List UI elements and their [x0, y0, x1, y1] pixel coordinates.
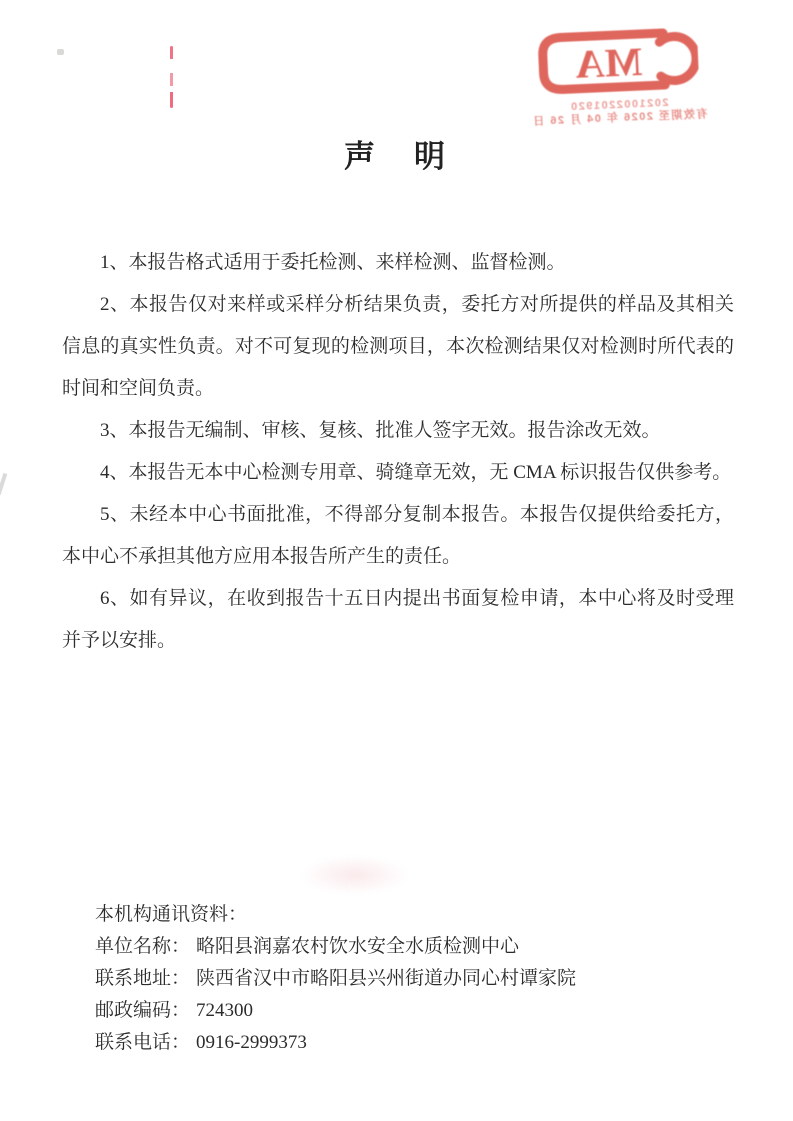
statements-section: 1、本报告格式适用于委托检测、来样检测、监督检测。 2、本报告仅对来样或采样分析… [62, 242, 734, 662]
contact-value: 陕西省汉中市略阳县兴州街道办同心村谭家院 [196, 968, 576, 989]
contact-value: 0916-2999373 [196, 1032, 307, 1053]
red-ink-mark [170, 46, 173, 108]
statement-paragraph-6: 6、如有异议，在收到报告十五日内提出书面复检申请，本中心将及时受理并予以安排。 [62, 578, 734, 662]
ink-bleed-smudge [300, 855, 410, 895]
cma-stamp: MA 2021002201920 有效期至 2026 年 04 月 26 日 [510, 17, 727, 144]
contact-section: 本机构通讯资料： 单位名称：略阳县润嘉农村饮水安全水质检测中心 联系地址：陕西省… [95, 899, 655, 1059]
statement-paragraph-2: 2、本报告仅对来样或采样分析结果负责，委托方对所提供的样品及其相关信息的真实性负… [62, 284, 734, 410]
cma-logo-icon: MA [535, 25, 700, 103]
contact-label: 联系电话： [95, 1032, 190, 1053]
contact-value: 略阳县润嘉农村饮水安全水质检测中心 [196, 936, 519, 957]
contact-heading: 本机构通讯资料： [95, 899, 655, 931]
contact-line-unit: 单位名称：略阳县润嘉农村饮水安全水质检测中心 [95, 931, 655, 963]
contact-line-address: 联系地址：陕西省汉中市略阳县兴州街道办同心村谭家院 [95, 963, 655, 995]
page-title: 声 明 [0, 131, 793, 176]
contact-line-phone: 联系电话：0916-2999373 [95, 1027, 655, 1059]
statement-paragraph-3: 3、本报告无编制、审核、复核、批准人签字无效。报告涂改无效。 [62, 410, 734, 452]
statement-paragraph-5: 5、未经本中心书面批准，不得部分复制本报告。本报告仅提供给委托方，本中心不承担其… [62, 494, 734, 578]
contact-label: 联系地址： [95, 968, 190, 989]
contact-value: 724300 [196, 1000, 253, 1021]
contact-line-postcode: 邮政编码：724300 [95, 995, 655, 1027]
statement-paragraph-4: 4、本报告无本中心检测专用章、骑缝章无效，无 CMA 标识报告仅供参考。 [62, 452, 734, 494]
scan-speck [57, 49, 64, 55]
statement-paragraph-1: 1、本报告格式适用于委托检测、来样检测、监督检测。 [62, 242, 734, 284]
stamp-logo-text: MA [574, 39, 643, 87]
edge-scan-mark [0, 473, 7, 495]
contact-label: 邮政编码： [95, 1000, 190, 1021]
contact-label: 单位名称： [95, 936, 190, 957]
